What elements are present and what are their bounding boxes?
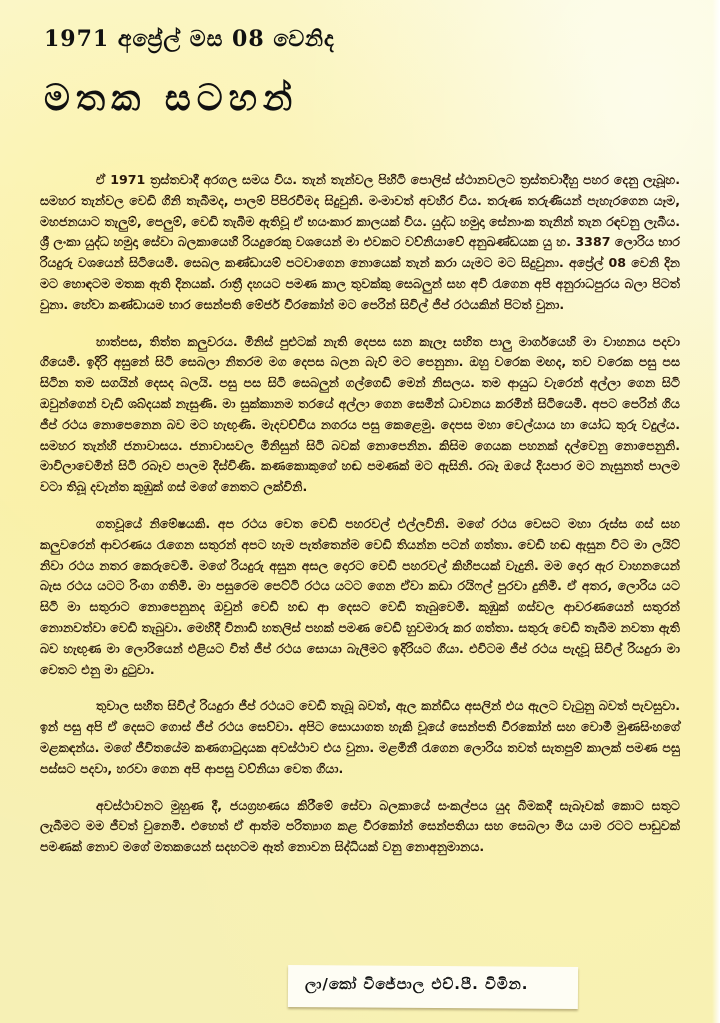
document-title: මතක සටහන් [44,78,298,120]
paragraph: ගතවූයේ නිමේෂයකි. අප රථය වෙත වෙඩි පහරවල් … [40,514,680,680]
author-signature: ලා/කෝ විජේපාල එච්.පී. විමින. [305,975,529,993]
paragraph: ඒ 1971 ත්‍රස්තවාදී අරගල සමය විය. තැන් තැ… [40,170,680,316]
date-heading: 1971 අප්‍රේල් මස 08 වෙනිද [44,26,335,52]
memoir-body: ඒ 1971 ත්‍රස්තවාදී අරගල සමය විය. තැන් තැ… [40,170,680,874]
paragraph: අවස්ථාවනට මුහුණ දී, ජයග්‍රහණය කිරීමේ සේව… [40,796,680,858]
paragraph: හාත්පස, තිත්ත කලුවරය. මිනිස් පුළුටක් නැත… [40,332,680,498]
page-edge [712,0,720,1023]
paragraph: තුවාල සහිත සිවිල් රියදුරා ජීප් රථයට වෙඩි… [40,696,680,779]
